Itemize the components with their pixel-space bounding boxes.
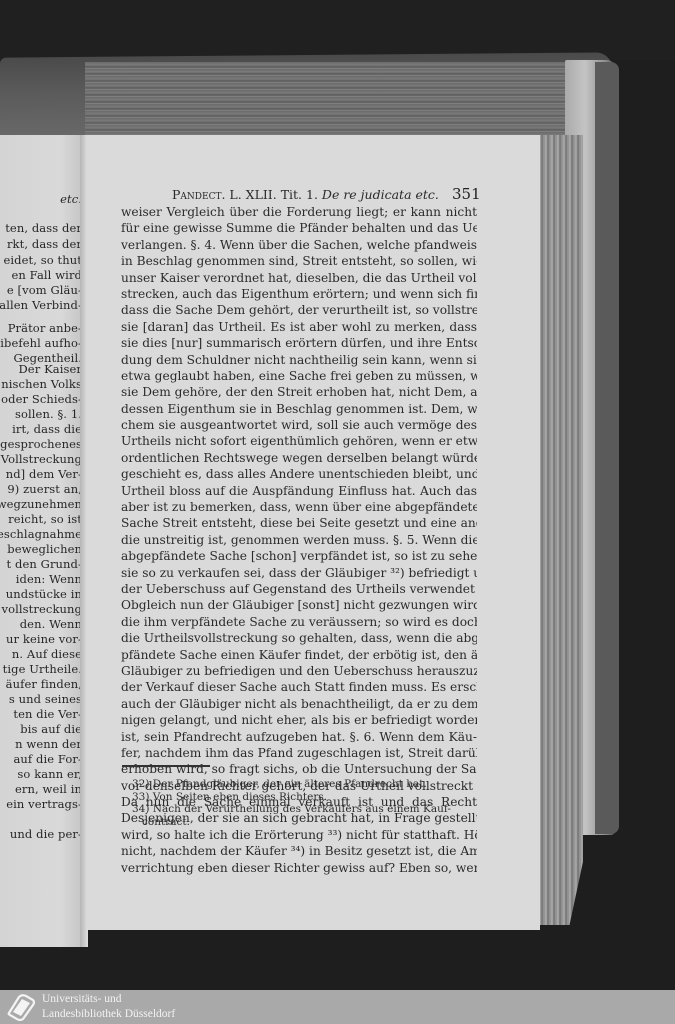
body-line: pfändete Sache einen Käufer findet, der …	[121, 647, 477, 663]
body-line: aber ist zu bemerken, dass, wenn über ei…	[121, 499, 477, 515]
body-line: erhoben wird, so fragt sichs, ob die Unt…	[121, 761, 477, 777]
left-page-line: allen Verbind-	[0, 298, 82, 312]
body-line: die unstreitig ist, genommen werden muss…	[121, 532, 477, 548]
left-page-line: bis auf die	[20, 722, 82, 736]
left-page-line: e [vom Gläu-	[7, 283, 82, 297]
left-page: etc. ten, dass derrkt, dass dereidet, so…	[0, 135, 86, 947]
body-line: sie [daran] das Urtheil. Es ist aber woh…	[121, 319, 477, 335]
page-edges-right	[538, 135, 583, 925]
left-page-line: den. Wenn	[20, 617, 82, 631]
body-line: für eine gewisse Summe die Pfänder behal…	[121, 220, 477, 236]
body-line: dung dem Schuldner nicht nachtheilig sei…	[121, 352, 477, 368]
body-line: wird, so halte ich die Erörterung ³³) ni…	[121, 827, 477, 843]
left-page-line: Vollstreckung	[1, 452, 82, 466]
footnote: 32) Der Pfandgläubiger, der ein älteres …	[132, 778, 477, 791]
body-line: auch der Gläubiger nicht als benachtheil…	[121, 696, 477, 712]
body-line: etwa geglaubt haben, eine Sache frei geb…	[121, 368, 477, 384]
left-page-line: 9) zuerst an,	[7, 482, 82, 496]
left-page-line: irt, dass die	[12, 422, 82, 436]
body-line: Obgleich nun der Gläubiger [sonst] nicht…	[121, 597, 477, 613]
left-page-line: ibefehl aufho-	[0, 336, 82, 350]
page-edges-top	[85, 62, 565, 142]
left-page-line: äufer finden,	[6, 677, 82, 691]
left-page-line: undstücke in	[6, 587, 82, 601]
body-text: weiser Vergleich über die Forderung lieg…	[121, 204, 477, 876]
body-line: strecken, auch das Eigenthum erörtern; u…	[121, 286, 477, 302]
body-line: dass die Sache Dem gehört, der verurthei…	[121, 302, 477, 318]
left-page-line: nischen Volks	[1, 377, 82, 391]
left-header-fragment: etc.	[60, 192, 82, 206]
body-line: der Ueberschuss auf Gegenstand des Urthe…	[121, 581, 477, 597]
footnote: 34) Nach der Verurtheilung des Verkäufer…	[132, 803, 477, 816]
left-page-line: Prätor anbe-	[8, 321, 82, 335]
dark-backdrop	[0, 0, 675, 60]
footnote: 33) Von Seiten eben dieses Richters.	[132, 791, 477, 804]
body-line: verlangen. §. 4. Wenn über die Sachen, w…	[121, 237, 477, 253]
header-book-title: L. XLII. Tit. 1.	[229, 187, 318, 202]
body-line: fer, nachdem ihm das Pfand zugeschlagen …	[121, 745, 477, 761]
body-line: abgepfändete Sache [schon] verpfändet is…	[121, 548, 477, 564]
left-page-line: oder Schieds-	[1, 392, 82, 406]
left-page-line: und die per-	[10, 827, 82, 841]
body-line: dessen Eigenthum sie in Beschlag genomme…	[121, 401, 477, 417]
library-name-line2: Landesbibliothek Düsseldorf	[42, 1007, 175, 1022]
left-page-line: ten die Ver-	[13, 707, 82, 721]
body-line: geschieht es, dass alles Andere unentsch…	[121, 466, 477, 482]
header-pandect: Pandect.	[172, 187, 225, 202]
body-line: sie dies [nur] summarisch erörtern dürfe…	[121, 335, 477, 351]
left-page-line: nd] dem Ver-	[6, 467, 82, 481]
left-page-line: wegzunehmen	[0, 497, 82, 511]
body-line: in Beschlag genommen sind, Streit entste…	[121, 253, 477, 269]
body-line: nicht, nachdem der Käufer ³⁴) in Besitz …	[121, 843, 477, 859]
page-number: 351	[452, 185, 481, 203]
left-page-line: ur keine vor-	[6, 632, 82, 646]
body-line: sie so zu verkaufen sei, dass der Gläubi…	[121, 565, 477, 581]
footnote-rule	[122, 765, 210, 767]
body-line: verrichtung eben dieser Richter gewiss a…	[121, 860, 477, 876]
body-line: die Urtheilsvollstreckung so gehalten, d…	[121, 630, 477, 646]
footnotes: 32) Der Pfandgläubiger, der ein älteres …	[132, 778, 477, 828]
body-line: unser Kaiser verordnet hat, dieselben, d…	[121, 270, 477, 286]
library-name[interactable]: Universitäts- und Landesbibliothek Düsse…	[42, 992, 175, 1021]
left-page-line: rkt, dass der	[7, 237, 82, 251]
left-page-line: t den Grund-	[7, 557, 82, 571]
left-page-line: gesprochenes	[0, 437, 82, 451]
body-line: Urtheils nicht sofort eigenthümlich gehö…	[121, 433, 477, 449]
body-line: chem sie ausgeantwortet wird, soll sie a…	[121, 417, 477, 433]
left-page-line: reicht, so ist	[8, 512, 82, 526]
scan-background: etc. ten, dass derrkt, dass dereidet, so…	[0, 0, 675, 990]
body-line: Sache Streit entsteht, diese bei Seite g…	[121, 515, 477, 531]
body-line: ordentlichen Rechtswege wegen derselben …	[121, 450, 477, 466]
left-page-line: n. Auf diese	[12, 647, 82, 661]
left-page-line: eschlagnahme	[0, 527, 82, 541]
left-page-line: vollstreckung	[2, 602, 83, 616]
body-line: ist, sein Pfandrecht aufzugeben hat. §. …	[121, 729, 477, 745]
library-name-line1: Universitäts- und	[42, 992, 175, 1007]
left-page-line: en Fall wird	[11, 268, 82, 282]
header-italic-title: De re judicata etc.	[322, 187, 439, 202]
body-line: die ihm verpfändete Sache zu veräussern;…	[121, 614, 477, 630]
left-page-line: ein vertrags-	[6, 797, 82, 811]
book-logo-icon[interactable]	[3, 993, 37, 1021]
left-page-line: so kann er,	[17, 767, 82, 781]
left-page-line: Der Kaiser	[18, 362, 82, 376]
left-page-line: auf die For-	[13, 752, 82, 766]
footnote: contract.	[132, 816, 477, 829]
body-line: Urtheil bloss auf die Auspfändung Einflu…	[121, 483, 477, 499]
book-cover-edge	[595, 62, 619, 834]
left-page-line: tige Urtheile.	[3, 662, 82, 676]
left-page-line: iden: Wenn	[16, 572, 82, 586]
left-page-line: ten, dass der	[5, 221, 82, 235]
left-page-line: s und seines	[9, 692, 82, 706]
body-line: der Verkauf dieser Sache auch Statt find…	[121, 679, 477, 695]
running-header: Pandect. L. XLII. Tit. 1. De re judicata…	[172, 187, 439, 202]
body-line: Gläubiger zu befriedigen und den Uebersc…	[121, 663, 477, 679]
body-line: sie Dem gehöre, der den Streit erhoben h…	[121, 384, 477, 400]
left-page-line: sollen. §. 1.	[15, 407, 82, 421]
left-page-line: ern, weil in	[15, 782, 82, 796]
left-page-line: eidet, so thut	[3, 253, 82, 267]
left-page-line: n wenn der	[15, 737, 82, 751]
left-page-line: beweglichen	[7, 542, 82, 556]
body-line: weiser Vergleich über die Forderung lieg…	[121, 204, 477, 220]
body-line: nigen gelangt, und nicht eher, als bis e…	[121, 712, 477, 728]
